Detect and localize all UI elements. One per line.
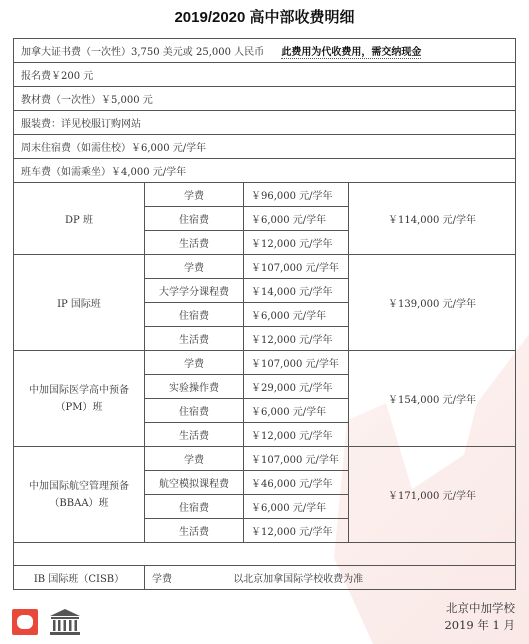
fee-amount: ￥6,000 元/学年 xyxy=(244,495,349,519)
fee-label: 学费 xyxy=(145,447,244,471)
fee-label: 生活费 xyxy=(145,231,244,255)
program-total-pm: ￥154,000 元/学年 xyxy=(349,351,516,447)
fee-amount: ￥12,000 元/学年 xyxy=(244,327,349,351)
program-row: DP 班 学费 ￥96,000 元/学年 ￥114,000 元/学年 xyxy=(14,183,516,207)
program-total-ip: ￥139,000 元/学年 xyxy=(349,255,516,351)
footer-signature: 北京中加学校 2019 年 1 月 xyxy=(444,600,515,634)
weekend-boarding-fee: 周末住宿费（如需住校）￥6,000 元/学年 xyxy=(14,135,516,159)
fee-amount: ￥107,000 元/学年 xyxy=(244,255,349,279)
program-row: IP 国际班 学费 ￥107,000 元/学年 ￥139,000 元/学年 xyxy=(14,255,516,279)
fee-label: 实验操作费 xyxy=(145,375,244,399)
school-name: 北京中加学校 xyxy=(444,600,515,617)
fee-label: 生活费 xyxy=(145,423,244,447)
fee-amount: ￥107,000 元/学年 xyxy=(244,351,349,375)
fee-amount: ￥12,000 元/学年 xyxy=(244,231,349,255)
fee-label: 住宿费 xyxy=(145,495,244,519)
fee-amount: ￥96,000 元/学年 xyxy=(244,183,349,207)
fee-label: 住宿费 xyxy=(145,303,244,327)
fee-amount: ￥46,000 元/学年 xyxy=(244,471,349,495)
fee-label: 生活费 xyxy=(145,327,244,351)
program-name-dp: DP 班 xyxy=(14,183,145,255)
program-total-dp: ￥114,000 元/学年 xyxy=(349,183,516,255)
fee-label: 住宿费 xyxy=(145,207,244,231)
unesco-temple-logo-icon xyxy=(48,608,82,640)
certificate-fee: 加拿大证书费（一次性）3,750 美元或 25,000 人民币 xyxy=(21,47,264,58)
fee-label: 学费 xyxy=(145,351,244,375)
program-name-ip: IP 国际班 xyxy=(14,255,145,351)
issue-date: 2019 年 1 月 xyxy=(444,617,515,634)
textbook-fee: 教材费（一次性）￥5,000 元 xyxy=(14,87,516,111)
fee-amount: ￥29,000 元/学年 xyxy=(244,375,349,399)
fee-amount: ￥6,000 元/学年 xyxy=(244,207,349,231)
uniform-fee: 服装费：详见校服订购网站 xyxy=(14,111,516,135)
fee-label: 学费 xyxy=(145,255,244,279)
program-name-pm: 中加国际医学高中预备（PM）班 xyxy=(14,351,145,447)
ib-program-name: IB 国际班（CISB） xyxy=(14,566,145,590)
fee-label: 航空模拟课程费 xyxy=(145,471,244,495)
registration-fee: 报名费￥200 元 xyxy=(14,63,516,87)
fee-label: 大学学分课程费 xyxy=(145,279,244,303)
ib-fee-label: 学费 xyxy=(152,574,172,585)
page-title: 2019/2020 高中部收费明细 xyxy=(0,6,529,27)
fee-row-certificate: 加拿大证书费（一次性）3,750 美元或 25,000 人民币 此费用为代收费用… xyxy=(14,39,516,63)
program-name-bbaa: 中加国际航空管理预备（BBAA）班 xyxy=(14,447,145,543)
bus-fee: 班车费（如需乘坐）￥4,000 元/学年 xyxy=(14,159,516,183)
fee-amount: ￥6,000 元/学年 xyxy=(244,303,349,327)
fee-label: 住宿费 xyxy=(145,399,244,423)
fee-amount: ￥14,000 元/学年 xyxy=(244,279,349,303)
empty-row xyxy=(14,543,516,566)
ib-row: IB 国际班（CISB） 学费 以北京加拿国际学校收费为准 xyxy=(14,566,516,590)
program-total-bbaa: ￥171,000 元/学年 xyxy=(349,447,516,543)
fee-amount: ￥12,000 元/学年 xyxy=(244,519,349,543)
cash-note: 此费用为代收费用，需交纳现金 xyxy=(281,47,421,59)
fee-amount: ￥107,000 元/学年 xyxy=(244,447,349,471)
ib-fee-note: 以北京加拿国际学校收费为准 xyxy=(233,574,363,585)
program-row: 中加国际医学高中预备（PM）班 学费 ￥107,000 元/学年 ￥154,00… xyxy=(14,351,516,375)
program-row: 中加国际航空管理预备（BBAA）班 学费 ￥107,000 元/学年 ￥171,… xyxy=(14,447,516,471)
fee-amount: ￥6,000 元/学年 xyxy=(244,399,349,423)
fee-label: 学费 xyxy=(145,183,244,207)
fee-label: 生活费 xyxy=(145,519,244,543)
fee-table: 加拿大证书费（一次性）3,750 美元或 25,000 人民币 此费用为代收费用… xyxy=(13,38,516,590)
school-seal-logo-icon xyxy=(12,609,38,635)
fee-amount: ￥12,000 元/学年 xyxy=(244,423,349,447)
